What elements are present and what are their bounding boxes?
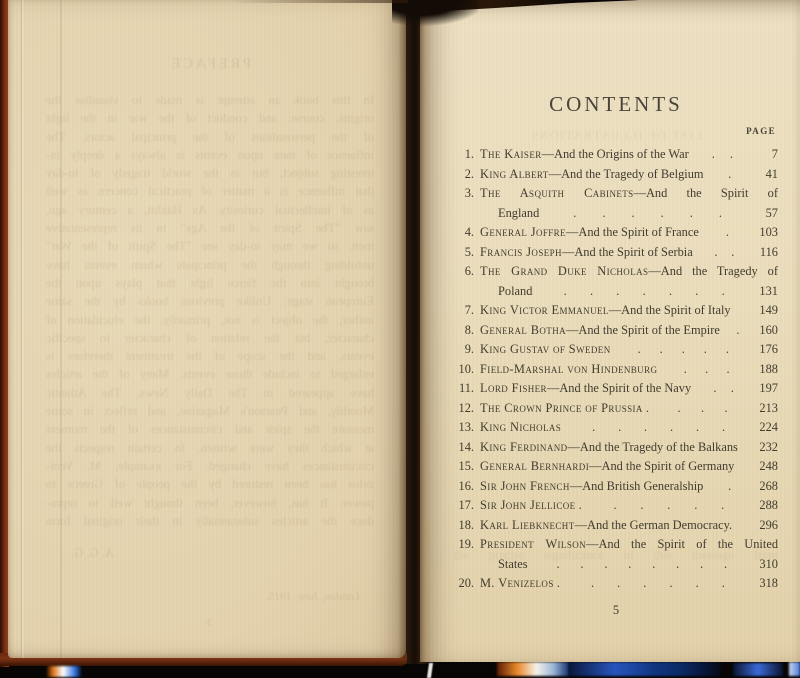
toc-entry: 20.M. Venizelos .......318 (454, 574, 778, 594)
toc-entry-page-number: 41 (752, 165, 778, 185)
spine-top-shadow (392, 0, 478, 30)
preface-bleed-text: PREFACE In this book an attempt is made … (46, 56, 374, 630)
contents-list: 1.The Kaiser—And the Origins of the War.… (454, 145, 778, 594)
toc-entry-page-number: 176 (752, 340, 778, 360)
light-leak-streak (427, 663, 433, 678)
toc-entry-continuation-text: England (480, 204, 539, 224)
toc-entry-title: Sir John Jellicoe . (480, 496, 582, 516)
preface-bleed-line: measure the spirit and circumstances of … (46, 420, 374, 438)
toc-entry-page-number: 197 (752, 379, 778, 399)
toc-entry-number: 11. (454, 379, 474, 399)
toc-entry-page-number: 131 (752, 282, 778, 302)
toc-entry-subtitle: —And the Spirit of (634, 186, 778, 200)
toc-entry-subtitle: —And the Tragedy of Belgium (549, 167, 704, 181)
preface-bleed-line: Monthly, and Pearson's Magazine, and ref… (46, 402, 374, 420)
preface-bleed-line: at which they were written. In certain r… (46, 439, 374, 457)
toc-entry-number: 6. (454, 262, 474, 282)
toc-entry-number: 7. (454, 301, 474, 321)
toc-entry: 4.General Joffre—And the Spirit of Franc… (454, 223, 778, 243)
illustrations-bleed-heading: LIST OF ILLUSTRATIONS (454, 128, 778, 143)
toc-entry-title: King Nicholas (480, 418, 561, 438)
toc-entry-page-number: 224 (752, 418, 778, 438)
preface-bleed-signature: A. G. G. (46, 546, 374, 561)
toc-entry-number: 16. (454, 477, 474, 497)
toc-entry-title: The Asquith Cabinets—And the Spirit of (480, 184, 778, 204)
leader-dots: .. (689, 145, 752, 165)
toc-entry-page-number: 318 (752, 574, 778, 594)
toc-entry: 5.Francis Joseph—And the Spirit of Serbi… (454, 243, 778, 263)
toc-entry-number: 2. (454, 165, 474, 185)
preface-bleed-line: men, so we may to-day see "The Spirit of… (46, 237, 374, 255)
toc-entry-number: 15. (454, 457, 474, 477)
toc-entry-title: The Grand Duke Nicholas—And the Tragedy … (480, 262, 778, 282)
preface-bleed-line: power. It has, however, been thought wel… (46, 494, 374, 512)
contents-block: CONTENTS PAGE 1.The Kaiser—And the Origi… (454, 92, 778, 618)
toc-entry-name: Field-Marshal von Hindenburg (480, 362, 657, 376)
toc-entry-subtitle: —And the German Democracy. (575, 518, 732, 532)
toc-entry-title: M. Venizelos . (480, 574, 560, 594)
top-edge-shadow (230, 0, 408, 3)
toc-entry-number: 8. (454, 321, 474, 341)
preface-bleed-line: origins, course, and conduct of the war … (46, 109, 374, 127)
bottom-bleed-line: the precise significance of that message… (454, 548, 778, 563)
toc-entry: 2.King Albert—And the Tragedy of Belgium… (454, 165, 778, 185)
leader-dots: ...... (560, 574, 752, 594)
toc-entry-page-number: 103 (752, 223, 778, 243)
toc-entry-continuation-text: Poland (480, 282, 532, 302)
leader-dots: . (699, 223, 752, 243)
preface-bleed-line: European stage. Unlike previous books by… (46, 292, 374, 310)
toc-entry: 8.General Botha—And the Spirit of the Em… (454, 321, 778, 341)
toc-entry-page-number: 160 (752, 321, 778, 341)
toc-entry-page-number: 57 (752, 204, 778, 224)
leader-dots: ... (657, 360, 752, 380)
toc-entry-page-number: 7 (752, 145, 778, 165)
light-leak-streak (569, 662, 721, 676)
toc-entry-title: King Victor Emmanuel—And the Spirit of I… (480, 301, 731, 321)
toc-entry-page-number: 116 (752, 243, 778, 263)
preface-bleed-line: have appeared in The Daily News, The Atl… (46, 384, 374, 402)
preface-bleed-line: influence of men upon events is always a… (46, 146, 374, 164)
toc-entry-subtitle: —And the Spirit of Germany (589, 459, 734, 473)
toc-entry-name: Sir John Jellicoe (480, 498, 576, 512)
toc-entry-title: General Joffre—And the Spirit of France (480, 223, 699, 243)
right-page: LIST OF ILLUSTRATIONS the precise signif… (420, 0, 800, 662)
preface-bleed-lines: In this book an attempt is made to visua… (46, 91, 374, 530)
toc-entry-number: 20. (454, 574, 474, 594)
toc-entry-page-number: 288 (752, 496, 778, 516)
book-scan: PREFACE In this book an attempt is made … (0, 0, 800, 678)
toc-entry-number: 9. (454, 340, 474, 360)
toc-entry-title: King Ferdinand—And the Tragedy of the Ba… (480, 438, 738, 458)
toc-entry-subtitle: —And British Generalship (570, 479, 704, 493)
toc-entry-name: Karl Liebknecht (480, 518, 575, 532)
toc-entry-number: 1. (454, 145, 474, 165)
preface-bleed-folio: 3 (46, 615, 374, 630)
preface-bleed-line: enlarged to include those events. Many o… (46, 365, 374, 383)
preface-bleed-line: zelos has been restored by the people of… (46, 475, 374, 493)
toc-entry-number: 14. (454, 438, 474, 458)
toc-entry: 16.Sir John French—And British Generalsh… (454, 477, 778, 497)
toc-entry-title: The Kaiser—And the Origins of the War (480, 145, 689, 165)
toc-entry-name: M. Venizelos (480, 576, 554, 590)
folio-page-number: 5 (454, 603, 778, 618)
light-leak-streak (789, 662, 800, 676)
leader-dots: ...... (561, 418, 752, 438)
toc-entry-subtitle: —And the Spirit of the Navy (547, 381, 691, 395)
toc-entry-title: Francis Joseph—And the Spirit of Serbia (480, 243, 693, 263)
toc-entry-subtitle: —And the Spirit of Serbia (562, 245, 693, 259)
toc-entry-page-number: 188 (752, 360, 778, 380)
toc-entry: 12.The Crown Prince of Prussia ....213 (454, 399, 778, 419)
toc-entry-continuation: England......57 (454, 204, 778, 224)
toc-entry-title: King Albert—And the Tragedy of Belgium (480, 165, 704, 185)
left-page: PREFACE In this book an attempt is made … (8, 0, 406, 658)
toc-entry-title: Lord Fisher—And the Spirit of the Navy (480, 379, 691, 399)
toc-entry-name: Francis Joseph (480, 245, 562, 259)
toc-entry-title: The Crown Prince of Prussia . (480, 399, 649, 419)
leader-dots: . (704, 165, 752, 185)
toc-entry-name: General Bernhardi (480, 459, 589, 473)
toc-entry-subtitle: —And the Tragedy of the Balkans (568, 440, 738, 454)
toc-entry-number: 18. (454, 516, 474, 536)
leader-dots: ....... (532, 282, 752, 302)
preface-bleed-line: saw "The Spirit of the Age" in its repre… (46, 219, 374, 237)
toc-entry-continuation: Poland.......131 (454, 282, 778, 302)
toc-entry-number: 4. (454, 223, 474, 243)
toc-entry-page-number: 268 (752, 477, 778, 497)
toc-entry-subtitle: —And the Spirit of France (566, 225, 699, 239)
leader-dots: ... (649, 399, 752, 419)
toc-entry-page-number: 213 (752, 399, 778, 419)
leader-dots: ..... (582, 496, 752, 516)
toc-entry: 7.King Victor Emmanuel—And the Spirit of… (454, 301, 778, 321)
toc-entry-title: General Bernhardi—And the Spirit of Germ… (480, 457, 734, 477)
toc-entry: 3.The Asquith Cabinets—And the Spirit of (454, 184, 778, 204)
toc-entry-name: General Joffre (480, 225, 566, 239)
toc-entry-number: 3. (454, 184, 474, 204)
toc-entry-number: 13. (454, 418, 474, 438)
toc-entry-page-number: 296 (752, 516, 778, 536)
contents-title: CONTENTS (454, 92, 778, 116)
toc-entry: 9.King Gustav of Sweden.....176 (454, 340, 778, 360)
preface-bleed-line: events, and the scope of the treatment t… (46, 347, 374, 365)
light-leak-streak (733, 663, 783, 676)
toc-entry-page-number: 248 (752, 457, 778, 477)
page-crease (21, 0, 24, 658)
toc-entry-name: The Grand Duke Nicholas (480, 264, 648, 278)
preface-bleed-line: brought into the fierce light that plays… (46, 274, 374, 292)
toc-entry-subtitle: —And the Origins of the War (542, 147, 689, 161)
toc-entry-name: Sir John French (480, 479, 570, 493)
light-leak-streak (497, 662, 569, 676)
leader-dots: ..... (611, 340, 752, 360)
toc-entry-number: 12. (454, 399, 474, 419)
toc-entry: 13.King Nicholas......224 (454, 418, 778, 438)
toc-entry-subtitle: —And the Tragedy of (648, 264, 778, 278)
preface-bleed-line: character, but the relation of character… (46, 329, 374, 347)
preface-bleed-line: that influence is a matter of practical … (46, 182, 374, 200)
toc-entry-name: The Crown Prince of Prussia (480, 401, 643, 415)
preface-bleed-heading: PREFACE (46, 56, 374, 73)
preface-bleed-line: circumstances have changed. For example,… (46, 457, 374, 475)
toc-entry-title: Sir John French—And British Generalship (480, 477, 703, 497)
toc-entry-name: King Gustav of Sweden (480, 342, 611, 356)
preface-bleed-line: unfolding through the principals whom ev… (46, 256, 374, 274)
toc-entry: 6.The Grand Duke Nicholas—And the Traged… (454, 262, 778, 282)
toc-entry-title: Karl Liebknecht—And the German Democracy… (480, 516, 732, 536)
toc-entry-name: King Albert (480, 167, 549, 181)
toc-entry-number: 17. (454, 496, 474, 516)
leader-dots: ...... (539, 204, 752, 224)
toc-entry: 1.The Kaiser—And the Origins of the War.… (454, 145, 778, 165)
leader-dots: .. (693, 243, 752, 263)
toc-entry: 15.General Bernhardi—And the Spirit of G… (454, 457, 778, 477)
gutter-shadow (398, 0, 432, 664)
toc-entry-page-number: 149 (752, 301, 778, 321)
toc-entry-name: General Botha (480, 323, 566, 337)
toc-entry: 17.Sir John Jellicoe ......288 (454, 496, 778, 516)
leader-dots: . (720, 321, 752, 341)
toc-entry-subtitle: —And the Spirit of the Empire (566, 323, 720, 337)
preface-bleed-line: duce the articles substantially in their… (46, 512, 374, 530)
toc-entry-title: Field-Marshal von Hindenburg (480, 360, 657, 380)
preface-bleed-line: In this book an attempt is made to visua… (46, 91, 374, 109)
toc-entry: 10.Field-Marshal von Hindenburg...188 (454, 360, 778, 380)
toc-entry: 11.Lord Fisher—And the Spirit of the Nav… (454, 379, 778, 399)
toc-entry-name: Lord Fisher (480, 381, 547, 395)
preface-bleed-line: as of intellectual curiosity. As Hazlitt… (46, 201, 374, 219)
preface-bleed-line: teresting subject, but in the world trag… (46, 164, 374, 182)
toc-entry-title: King Gustav of Sweden (480, 340, 611, 360)
leader-dots: . (703, 477, 752, 497)
leader-dots: .. (691, 379, 752, 399)
toc-entry-name: The Asquith Cabinets (480, 186, 634, 200)
toc-entry-subtitle: —And the Spirit of Italy (609, 303, 731, 317)
preface-bleed-line: of the personalities of the principal ac… (46, 128, 374, 146)
preface-bleed-line: author, the object is not, primarily, th… (46, 311, 374, 329)
toc-entry-name: The Kaiser (480, 147, 542, 161)
toc-entry-number: 10. (454, 360, 474, 380)
toc-entry-name: King Nicholas (480, 420, 561, 434)
toc-entry-number: 5. (454, 243, 474, 263)
toc-entry: 14.King Ferdinand—And the Tragedy of the… (454, 438, 778, 458)
preface-bleed-dateline: London, June, 1915. (46, 591, 374, 603)
toc-entry: 18.Karl Liebknecht—And the German Democr… (454, 516, 778, 536)
toc-entry-title: General Botha—And the Spirit of the Empi… (480, 321, 720, 341)
toc-entry-name: King Victor Emmanuel (480, 303, 609, 317)
toc-entry-name: King Ferdinand (480, 440, 568, 454)
toc-entry-page-number: 232 (752, 438, 778, 458)
light-leak-streak (46, 666, 82, 677)
